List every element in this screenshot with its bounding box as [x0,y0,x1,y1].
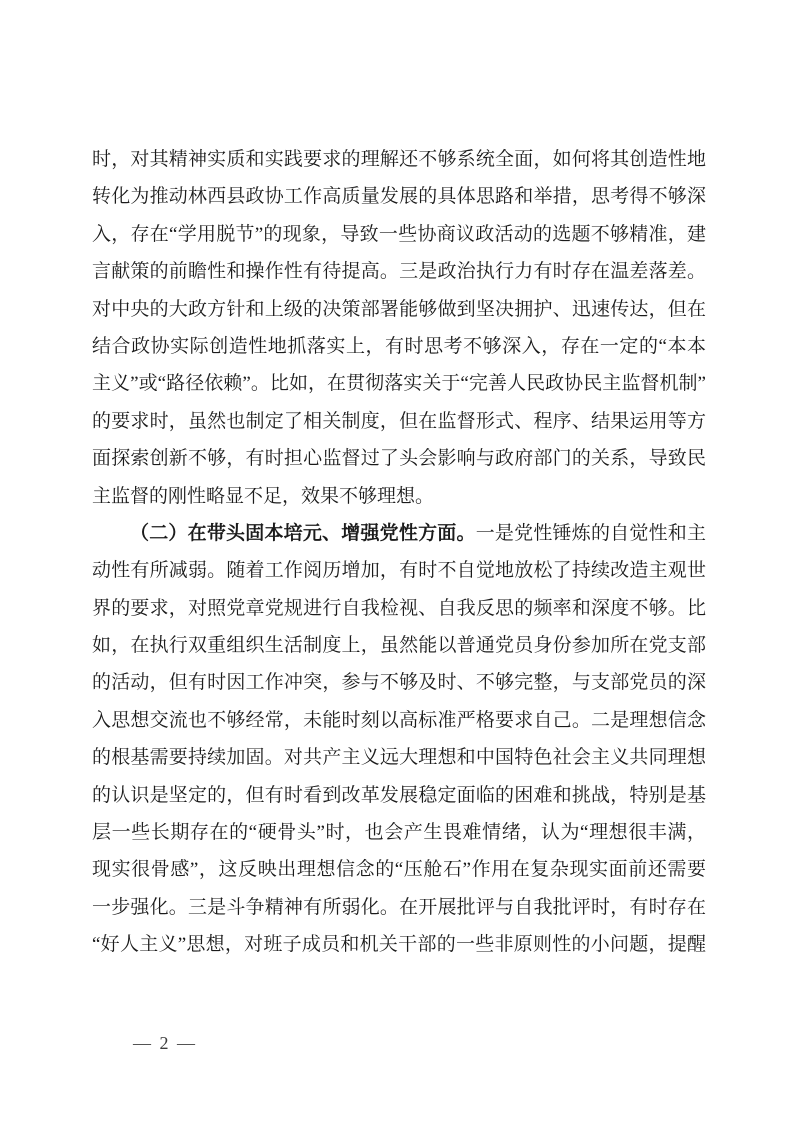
section-heading-text: （二）在带头固本培元、增强党性方面。 [130,523,476,544]
body-text: 的要求时，虽然也制定了相关制度，但在监督形式、程序、结果运用等方 [92,411,706,432]
text-block: 时，对其精神实质和实践要求的理解还不够系统全面，如何将其创造性地转化为推动林西县… [92,141,706,964]
text-line: 的要求时，虽然也制定了相关制度，但在监督形式、程序、结果运用等方 [92,403,706,440]
page-number: — 2 — [133,1033,197,1054]
body-text: 入思想交流也不够经常，未能时刻以高标准严格要求自己。二是理想信念 [92,710,706,731]
text-line: 转化为推动林西县政协工作高质量发展的具体思路和举措，思考得不够深 [92,178,706,215]
text-line: 对中央的大政方针和上级的决策部署能够做到坚决拥护、迅速传达，但在 [92,291,706,328]
body-text: 界的要求，对照党章党规进行自我检视、自我反思的频率和深度不够。比 [92,598,706,619]
body-text: 转化为推动林西县政协工作高质量发展的具体思路和举措，思考得不够深 [92,186,706,207]
text-line: 主义”或“路径依赖”。比如，在贯彻落实关于“完善人民政协民主监督机制” [92,365,706,402]
body-text: “好人主义”思想，对班子成员和机关干部的一些非原则性的小问题，提醒 [92,934,706,955]
text-line: 动性有所减弱。随着工作阅历增加，有时不自觉地放松了持续改造主观世 [92,552,706,589]
body-text: 一是党性锤炼的自觉性和主 [476,523,706,544]
body-text: 时，对其精神实质和实践要求的理解还不够系统全面，如何将其创造性地 [92,149,706,170]
body-text: 层一些长期存在的“硬骨头”时，也会产生畏难情绪，认为“理想很丰满， [92,822,706,843]
body-text: 一步强化。三是斗争精神有所弱化。在开展批评与自我批评时，有时存在 [92,897,706,918]
body-text: 主义”或“路径依赖”。比如，在贯彻落实关于“完善人民政协民主监督机制” [92,373,706,394]
body-text: 的根基需要持续加固。对共产主义远大理想和中国特色社会主义共同理想 [92,747,706,768]
text-line: 主监督的刚性略显不足，效果不够理想。 [92,478,706,515]
text-line: 现实很骨感”，这反映出理想信念的“压舱石”作用在复杂现实面前还需要进 [92,851,706,888]
body-text: 结合政协实际创造性地抓落实上，有时思考不够深入，存在一定的“本本 [92,336,706,357]
body-text: 如，在执行双重组织生活制度上，虽然能以普通党员身份参加所在党支部 [92,635,706,656]
text-line: 时，对其精神实质和实践要求的理解还不够系统全面，如何将其创造性地 [92,141,706,178]
text-line: 入思想交流也不够经常，未能时刻以高标准严格要求自己。二是理想信念 [92,702,706,739]
text-line: 的活动，但有时因工作冲突，参与不够及时、不够完整，与支部党员的深 [92,664,706,701]
body-text: 动性有所减弱。随着工作阅历增加，有时不自觉地放松了持续改造主观世 [92,560,706,581]
body-text: 的认识是坚定的，但有时看到改革发展稳定面临的困难和挑战，特别是基 [92,785,706,806]
body-text: 的活动，但有时因工作冲突，参与不够及时、不够完整，与支部党员的深 [92,672,706,693]
body-text: 主监督的刚性略显不足，效果不够理想。 [92,486,434,507]
body-text: 现实很骨感”，这反映出理想信念的“压舱石”作用在复杂现实面前还需要进 [92,859,706,888]
document-page: 时，对其精神实质和实践要求的理解还不够系统全面，如何将其创造性地转化为推动林西县… [0,0,793,1122]
text-line: （二）在带头固本培元、增强党性方面。一是党性锤炼的自觉性和主 [92,515,706,552]
text-line: 的根基需要持续加固。对共产主义远大理想和中国特色社会主义共同理想 [92,739,706,776]
text-line: 入，存在“学用脱节”的现象，导致一些协商议政活动的选题不够精准，建 [92,216,706,253]
text-line: 一步强化。三是斗争精神有所弱化。在开展批评与自我批评时，有时存在 [92,889,706,926]
text-line: 面探索创新不够，有时担心监督过了头会影响与政府部门的关系，导致民 [92,440,706,477]
body-text: 面探索创新不够，有时担心监督过了头会影响与政府部门的关系，导致民 [92,448,706,469]
text-line: 结合政协实际创造性地抓落实上，有时思考不够深入，存在一定的“本本 [92,328,706,365]
text-line: 的认识是坚定的，但有时看到改革发展稳定面临的困难和挑战，特别是基 [92,777,706,814]
body-text: 言献策的前瞻性和操作性有待提高。三是政治执行力有时存在温差落差。 [92,261,706,282]
text-line: 如，在执行双重组织生活制度上，虽然能以普通党员身份参加所在党支部 [92,627,706,664]
text-line: 言献策的前瞻性和操作性有待提高。三是政治执行力有时存在温差落差。 [92,253,706,290]
text-line: 界的要求，对照党章党规进行自我检视、自我反思的频率和深度不够。比 [92,590,706,627]
body-text: 入，存在“学用脱节”的现象，导致一些协商议政活动的选题不够精准，建 [92,224,706,245]
text-line: 层一些长期存在的“硬骨头”时，也会产生畏难情绪，认为“理想很丰满， [92,814,706,851]
text-line: “好人主义”思想，对班子成员和机关干部的一些非原则性的小问题，提醒 [92,926,706,963]
body-text: 对中央的大政方针和上级的决策部署能够做到坚决拥护、迅速传达，但在 [92,299,706,320]
